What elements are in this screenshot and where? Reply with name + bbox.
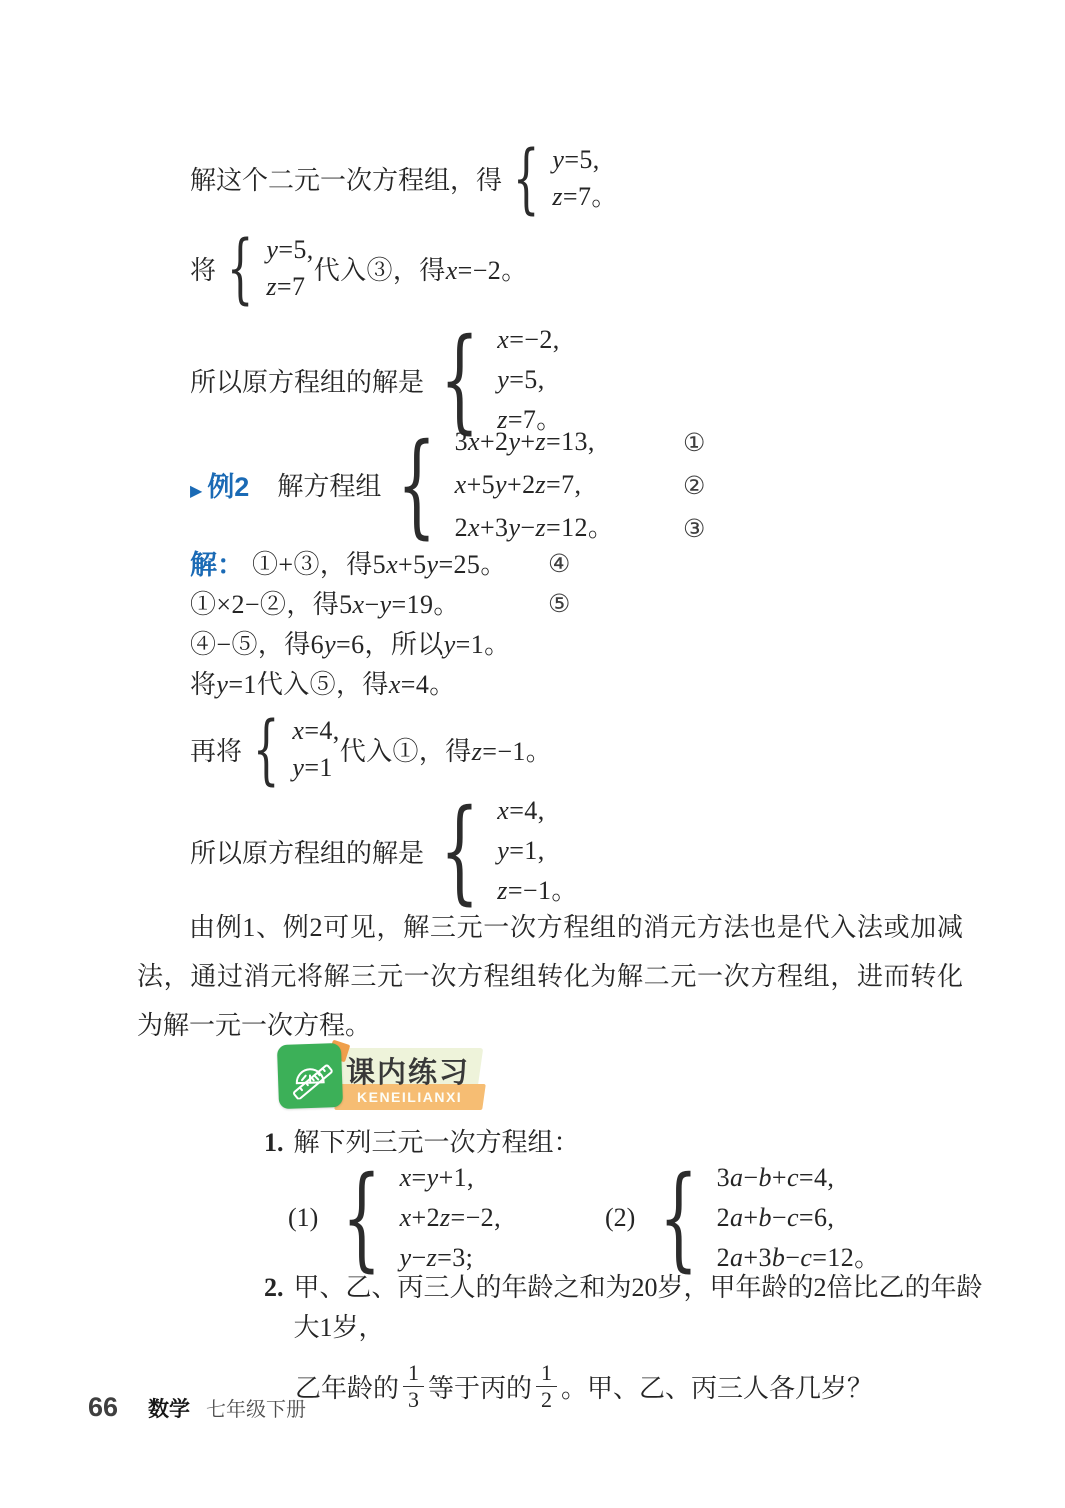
example2-header: ▶例2 解方程组 { 3x+2y+z=13, x+5y+2z=7, 2x+3y−… <box>190 420 910 549</box>
equation: x+2z=−2, <box>400 1198 501 1238</box>
line-text: 所以原方程组的解是 <box>190 833 424 870</box>
equation: 3x+2y+z=13, <box>455 420 615 463</box>
badge-title: 课内练习 <box>346 1050 470 1091</box>
equation: z=7 <box>266 268 313 305</box>
step-text: ①×2−②，得5x−y=19。 <box>190 585 460 625</box>
brace-glyph: { <box>440 795 479 907</box>
brace-glyph: { <box>513 140 540 216</box>
fraction-denominator: 2 <box>536 1386 557 1413</box>
example2-label: ▶例2 <box>190 465 249 504</box>
step-text: ①+③，得5x+5y=25。 <box>252 545 507 585</box>
footer-volume: 七年级下册 <box>206 1393 306 1422</box>
example2-section: ▶例2 解方程组 { 3x+2y+z=13, x+5y+2z=7, 2x+3y−… <box>190 420 910 549</box>
question-2: 2. 甲、乙、丙三人的年龄之和为20岁，甲年龄的2倍比乙的年龄大1岁， 乙年龄的… <box>264 1268 994 1413</box>
item-label: (2) <box>605 1203 635 1233</box>
equation-number: ① <box>683 422 705 465</box>
equation-system: { 3x+2y+z=13, x+5y+2z=7, 2x+3y−z=12。 <box>381 420 614 549</box>
fraction-numerator: 1 <box>536 1360 557 1386</box>
solve-line-1: 解这个二元一次方程组，得 { y=5, z=7。 <box>190 140 618 216</box>
question-number: 2. <box>264 1268 284 1308</box>
equation-system: { x=4, y=1 <box>242 711 340 787</box>
line-text: 代入③，得x=−2。 <box>314 250 528 287</box>
equation: x=4, <box>497 791 577 831</box>
page-footer: 66 数学 七年级下册 <box>88 1392 306 1423</box>
question-1: 1. 解下列三元一次方程组： <box>264 1122 580 1159</box>
summary-paragraph: 由例1、例2可见，解三元一次方程组的消元方法也是代入法或加减法，通过消元将解三元… <box>137 903 963 1050</box>
equation-number-column: ① ② ③ <box>683 422 705 551</box>
solution-substitute-row: 再将 { x=4, y=1 代入①，得z=−1。 <box>190 711 970 787</box>
equation-number: ② <box>683 465 705 508</box>
equation: x=−2, <box>497 320 562 360</box>
line-text: 代入①，得z=−1。 <box>340 731 552 768</box>
intro-text: 解方程组 <box>277 466 381 503</box>
equation-system: { x=y+1, x+2z=−2, y−z=3; <box>326 1158 501 1278</box>
solution-step-3: ④−⑤，得6y=6，所以y=1。 <box>190 625 970 665</box>
equation: y=5, <box>266 231 313 268</box>
equation-system: { y=5, z=7 <box>216 230 314 306</box>
equation: x+5y+2z=7, <box>455 463 615 506</box>
textbook-page: 解这个二元一次方程组，得 { y=5, z=7。 将 { y=5, z=7 代入… <box>0 0 1065 1508</box>
fraction-one-third: 1 3 <box>403 1360 424 1413</box>
solution-step-2: ①×2−②，得5x−y=19。 ⑤ <box>190 585 970 625</box>
solution-step-1: 解： ①+③，得5x+5y=25。 ④ <box>190 545 970 585</box>
question-1-item-1: (1) { x=y+1, x+2z=−2, y−z=3; <box>288 1158 501 1278</box>
equation-system: { 3a−b+c=4, 2a+b−c=6, 2a+3b−c=12。 <box>643 1158 880 1278</box>
question-2-line-1: 2. 甲、乙、丙三人的年龄之和为20岁，甲年龄的2倍比乙的年龄大1岁， <box>264 1268 994 1348</box>
question-text: 乙年龄的 <box>295 1368 399 1405</box>
equation-system: { x=4, y=1, z=−1。 <box>424 791 578 911</box>
fraction-numerator: 1 <box>403 1360 424 1386</box>
equation: y=5, <box>497 360 562 400</box>
example2-solution: 解： ①+③，得5x+5y=25。 ④ ①×2−②，得5x−y=19。 ⑤ ④−… <box>190 545 970 911</box>
question-text: 解下列三元一次方程组： <box>294 1122 580 1159</box>
equation: x=4, <box>292 712 339 749</box>
equation-number: ④ <box>548 545 570 585</box>
brace-glyph: { <box>342 1162 381 1274</box>
equation: y=1, <box>497 831 577 871</box>
practice-badge: KENEILIANXI 课内练习 <box>278 1040 508 1114</box>
equation: 2x+3y−z=12。 <box>455 506 615 549</box>
question-text: 等于丙的 <box>428 1368 532 1405</box>
solve-line-2: 将 { y=5, z=7 代入③，得x=−2。 <box>190 230 618 306</box>
badge-icon-tile <box>277 1043 343 1109</box>
question-1-systems: (1) { x=y+1, x+2z=−2, y−z=3; (2) { 3a−b+… <box>288 1158 881 1278</box>
question-1-item-2: (2) { 3a−b+c=4, 2a+b−c=6, 2a+3b−c=12。 <box>605 1158 881 1278</box>
question-number: 1. <box>264 1128 284 1158</box>
equation: y=1 <box>292 749 339 786</box>
equation: 2a+b−c=6, <box>717 1198 881 1238</box>
question-text: 甲、乙、丙三人的年龄之和为20岁，甲年龄的2倍比乙的年龄大1岁， <box>294 1268 995 1348</box>
solution-step-4: 将y=1代入⑤，得x=4。 <box>190 665 970 705</box>
question-text: 。甲、乙、丙三人各几岁？ <box>561 1368 873 1405</box>
equation-system: { y=5, z=7。 <box>502 140 618 216</box>
example2-label-text: 例2 <box>207 472 249 502</box>
equation: 3a−b+c=4, <box>717 1158 881 1198</box>
triangle-marker-icon: ▶ <box>190 483 202 500</box>
line-text: 将 <box>190 250 216 287</box>
footer-subject: 数学 <box>148 1393 190 1423</box>
solve-label: 解： <box>190 545 244 585</box>
step-text: ④−⑤，得6y=6，所以y=1。 <box>190 625 511 665</box>
brace-glyph: { <box>397 429 436 541</box>
line-text: 所以原方程组的解是 <box>190 362 424 399</box>
equation: y=5, <box>552 141 617 178</box>
badge-subtitle: KENEILIANXI <box>357 1089 462 1105</box>
fraction-denominator: 3 <box>403 1386 424 1413</box>
line-text: 解这个二元一次方程组，得 <box>190 160 502 197</box>
step-text: 将y=1代入⑤，得x=4。 <box>190 665 456 705</box>
item-label: (1) <box>288 1203 318 1233</box>
equation-number: ⑤ <box>548 585 570 625</box>
equation: x=y+1, <box>400 1158 501 1198</box>
fraction-one-half: 1 2 <box>536 1360 557 1413</box>
equation: z=7。 <box>552 178 617 215</box>
brace-glyph: { <box>227 230 254 306</box>
brace-glyph: { <box>659 1162 698 1274</box>
protractor-ruler-icon <box>286 1052 334 1100</box>
page-number: 66 <box>88 1392 118 1423</box>
solution-conclusion-row: 所以原方程组的解是 { x=4, y=1, z=−1。 <box>190 791 970 911</box>
question-2-line-2: 乙年龄的 1 3 等于丙的 1 2 。甲、乙、丙三人各几岁？ <box>295 1360 994 1413</box>
line-text: 再将 <box>190 731 242 768</box>
example1-solution-section: 解这个二元一次方程组，得 { y=5, z=7。 将 { y=5, z=7 代入… <box>190 140 618 454</box>
brace-glyph: { <box>253 711 280 787</box>
